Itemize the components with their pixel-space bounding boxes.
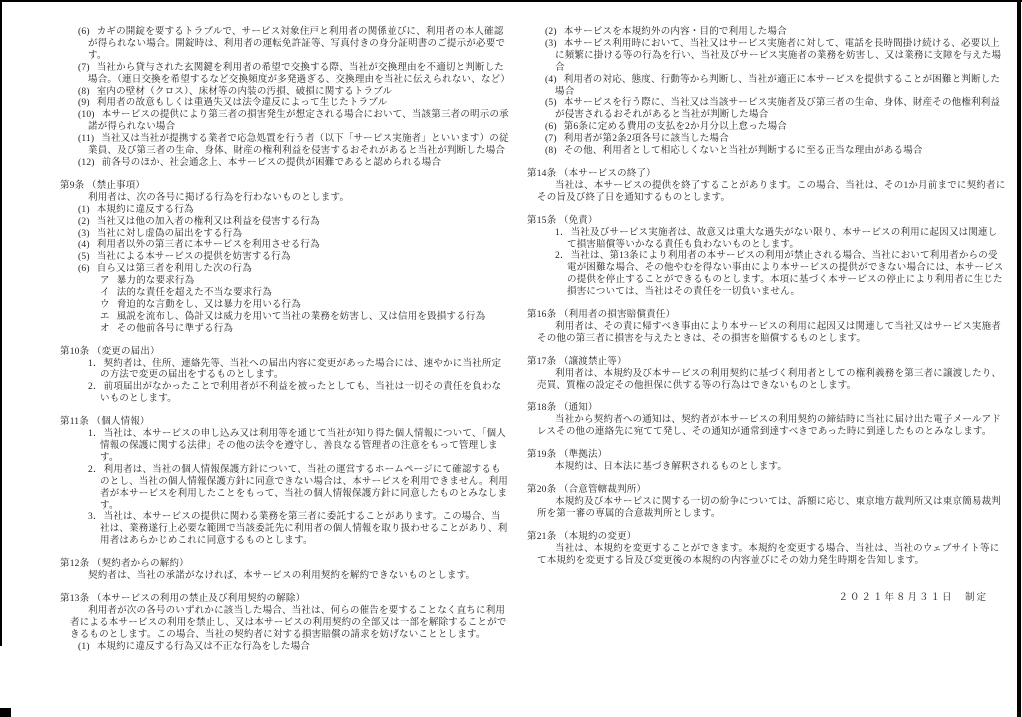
article-heading: 第12条 （契約者からの解約）: [60, 559, 510, 571]
item-marker: (11): [78, 134, 94, 144]
block-text: 利用者は、次の各号に掲げる行為を行わないものとします。: [88, 193, 349, 203]
block-text: 当社は、本サービスの申し込み又は利用等を通じて当社が知り得た個人情報について、「…: [100, 429, 506, 463]
enactment-date: ２０２１年８月３１日 制定: [527, 593, 1006, 605]
article-heading-text: 第12条 （契約者からの解約）: [60, 559, 189, 569]
item-marker: (3): [545, 39, 557, 49]
block-text: 第6条に定める費用の支払を2か月分以上怠った場合: [564, 122, 787, 132]
article-heading: 第9条 （禁止事項）: [60, 181, 510, 193]
block-text: 利用者以外の第三者に本サービスを利用させる行為: [97, 240, 320, 250]
article-heading: 第13条 （本サービスの利用の禁止及び利用契約の解除）: [60, 594, 510, 606]
article-heading-text: 第9条 （禁止事項）: [60, 181, 145, 191]
block-text: 脅迫的な言動をし、又は暴力を用いる行為: [117, 300, 301, 310]
block-text: 利用者は、その責に帰すべき事由により本サービスの利用に起因又は関連して当社又はサ…: [537, 322, 1001, 344]
item-marker: (4): [545, 75, 557, 85]
item-marker: 1．: [88, 429, 103, 439]
paragraph: 利用者は、本規約及び本サービスの利用契約に基づく利用者としての権利義務を第三者に…: [527, 369, 1006, 393]
list-item: (2)本サービスを本規約外の内容・目的で利用した場合: [527, 27, 1006, 39]
list-item: (8)室内の壁材（クロス）、床材等の内装の汚損、破損に関するトラブル: [60, 87, 510, 99]
item-marker: (7): [78, 63, 90, 73]
numbered-paragraph: 1．契約者は、住所、連絡先等、当社への届出内容に変更があった場合には、速やかに当…: [60, 359, 510, 383]
item-marker: イ: [100, 288, 110, 298]
paragraph: 利用者は、次の各号に掲げる行為を行わないものとします。: [60, 193, 510, 205]
block-text: 本規約に違反する行為: [97, 205, 194, 215]
page-top-border: [0, 0, 1022, 2]
block-text: ２０２１年８月３１日 制定: [838, 593, 988, 603]
column-left: (6)カギの開錠を要するトラブルで、サービス対象住戸と利用者の関係並びに、利用者…: [60, 27, 510, 654]
block-text: 利用者の対応、態度、行動等から判断し、当社が適正に本サービスを提供することが困難…: [555, 75, 1000, 97]
numbered-paragraph: 1．当社は、本サービスの申し込み又は利用等を通じて当社が知り得た個人情報について…: [60, 429, 510, 465]
item-marker: (6): [545, 122, 557, 132]
article-heading: 第20条 （合意管轄裁判所）: [527, 485, 1006, 497]
item-marker: (7): [545, 134, 557, 144]
article-heading-text: 第17条 （譲渡禁止等）: [527, 357, 627, 367]
article-heading: 第15条 （免責）: [527, 216, 1006, 228]
list-item: (9)利用者の故意もしくは重過失又は法令違反によって生じたトラブル: [60, 98, 510, 110]
block-text: 本規約は、日本法に基づき解釈されるものとします。: [555, 462, 787, 472]
list-item: (3)本サービス利用時において、当社又はサービス実施者に対して、電話を長時間掛け…: [527, 39, 1006, 75]
block-text: 当社及びサービス実施者は、故意又は重大な過失がない限り、本サービスの利用に起因又…: [567, 228, 997, 250]
list-item: (3)当社に対し虚偽の届出をする行為: [60, 229, 510, 241]
sub-list-item: エ風説を流布し、偽計又は威力を用いて当社の業務を妨害し、又は信用を毀損する行為: [60, 312, 510, 324]
item-marker: 2．: [88, 382, 103, 392]
item-marker: (6): [78, 27, 90, 37]
block-text: 当社又は他の加入者の権利又は利益を侵害する行為: [97, 217, 320, 227]
list-item: (7)利用者が第2条2項各号に該当した場合: [527, 134, 1006, 146]
block-text: カギの開錠を要するトラブルで、サービス対象住戸と利用者の関係並びに、利用者の本人…: [88, 27, 505, 61]
block-text: 当社から契約者への通知は、契約者が本サービスの利用契約の締結時に当社に届け出た電…: [537, 415, 1001, 437]
block-text: 本規約及び本サービスに関する一切の紛争については、訴額に応じ、東京地方裁判所又は…: [537, 497, 1001, 519]
item-marker: (2): [78, 217, 90, 227]
list-item: (4)利用者の対応、態度、行動等から判断し、当社が適正に本サービスを提供すること…: [527, 75, 1006, 99]
sub-list-item: オその他前各号に準ずる行為: [60, 324, 510, 336]
paragraph: 当社は、本規約を変更することができます。本規約を変更する場合、当社は、当社のウェ…: [527, 544, 1006, 568]
block-text: 利用者は、本規約及び本サービスの利用契約に基づく利用者としての権利義務を第三者に…: [537, 369, 1001, 391]
paragraph: 利用者は、その責に帰すべき事由により本サービスの利用に起因又は関連して当社又はサ…: [527, 322, 1006, 346]
item-marker: (1): [78, 205, 90, 215]
sub-list-item: イ法的な責任を超えた不当な要求行為: [60, 288, 510, 300]
article-heading: 第19条 （準拠法）: [527, 450, 1006, 462]
numbered-paragraph: 2．前項届出がなかったことで利用者が不利益を被ったとしても、当社は一切その責任を…: [60, 382, 510, 406]
item-marker: (2): [545, 27, 557, 37]
article-heading: 第21条 （本規約の変更）: [527, 532, 1006, 544]
list-item: (4)利用者以外の第三者に本サービスを利用させる行為: [60, 240, 510, 252]
page-right-border: [1017, 0, 1021, 717]
item-marker: (1): [78, 642, 90, 652]
article-heading-text: 第18条 （通知）: [527, 403, 598, 413]
block-text: 当社は、本サービスの提供に関わる業務を第三者に委託することがあります。この場合、…: [100, 512, 507, 546]
list-item: (12)前各号のほか、社会通念上、本サービスの提供が困難であると認められる場合: [60, 158, 510, 170]
list-item: (7)当社から貸与された玄関鍵を利用者の希望で交換する際、当社が交換理由を不適切…: [60, 63, 510, 87]
item-marker: (5): [78, 252, 90, 262]
list-item: (2)当社又は他の加入者の権利又は利益を侵害する行為: [60, 217, 510, 229]
list-item: (6)カギの開錠を要するトラブルで、サービス対象住戸と利用者の関係並びに、利用者…: [60, 27, 510, 63]
block-text: 本サービスの提供により第三者の損害発生が想定される場合において、当該第三者の明示…: [88, 110, 509, 132]
block-text: 当社による本サービスの提供を妨害する行為: [97, 252, 291, 262]
article-heading-text: 第15条 （免責）: [527, 216, 598, 226]
item-marker: 1．: [555, 228, 570, 238]
block-text: 本サービスを本規約外の内容・目的で利用した場合: [564, 27, 787, 37]
block-text: 利用者が第2条2項各号に該当した場合: [564, 134, 729, 144]
block-text: 本サービス利用時において、当社又はサービス実施者に対して、電話を長時間掛け続ける…: [555, 39, 1001, 73]
article-heading: 第16条 （利用者の損害賠償責任）: [527, 310, 1006, 322]
item-marker: エ: [100, 312, 110, 322]
list-item: (10)本サービスの提供により第三者の損害発生が想定される場合において、当該第三…: [60, 110, 510, 134]
item-marker: (3): [78, 229, 90, 239]
list-item: (1)本規約に違反する行為又は不正な行為をした場合: [60, 642, 510, 654]
page-left-border: [0, 0, 2, 646]
list-item: (5)本サービスを行う際に、当社又は当該サービス実施者及び第三者の生命、身体、財…: [527, 98, 1006, 122]
numbered-paragraph: 2．利用者は、当社の個人情報保護方針について、当社の運営するホームページにて確認…: [60, 465, 510, 513]
item-marker: (8): [545, 146, 557, 156]
item-marker: (4): [78, 240, 90, 250]
block-text: 自ら又は第三者を利用した次の行為: [97, 264, 252, 274]
item-marker: (12): [78, 158, 95, 168]
block-text: 法的な責任を超えた不当な要求行為: [117, 288, 272, 298]
item-marker: (6): [78, 264, 90, 274]
article-heading: 第11条 （個人情報）: [60, 417, 510, 429]
list-item: (6)自ら又は第三者を利用した次の行為: [60, 264, 510, 276]
item-marker: 2．: [555, 251, 570, 261]
list-item: (5)当社による本サービスの提供を妨害する行為: [60, 252, 510, 264]
bottom-left-corner-mark: [0, 708, 11, 717]
scanned-terms-page: (6)カギの開錠を要するトラブルで、サービス対象住戸と利用者の関係並びに、利用者…: [0, 0, 1022, 717]
block-text: 契約者は、当社の承諾がなければ、本サービスの利用契約を解約できないものとします。: [88, 571, 475, 581]
block-text: 当社に対し虚偽の届出をする行為: [97, 229, 243, 239]
paragraph: 契約者は、当社の承諾がなければ、本サービスの利用契約を解約できないものとします。: [60, 571, 510, 583]
block-text: 利用者の故意もしくは重過失又は法令違反によって生じたトラブル: [97, 98, 388, 108]
block-text: 室内の壁材（クロス）、床材等の内装の汚損、破損に関するトラブル: [97, 87, 393, 97]
sub-list-item: ウ脅迫的な言動をし、又は暴力を用いる行為: [60, 300, 510, 312]
block-text: 本規約に違反する行為又は不正な行為をした場合: [97, 642, 310, 652]
article-heading: 第17条 （譲渡禁止等）: [527, 357, 1006, 369]
numbered-paragraph: 3．当社は、本サービスの提供に関わる業務を第三者に委託することがあります。この場…: [60, 512, 510, 548]
block-text: 当社から貸与された玄関鍵を利用者の希望で交換する際、当社が交換理由を不適切と判断…: [88, 63, 510, 85]
article-heading-text: 第13条 （本サービスの利用の禁止及び利用契約の解除）: [60, 594, 305, 604]
item-marker: (5): [545, 98, 557, 108]
block-text: 当社は、本サービスの提供を終了することがあります。この場合、当社は、その1か月前…: [537, 181, 1005, 203]
article-heading-text: 第16条 （利用者の損害賠償責任）: [527, 310, 675, 320]
paragraph: 当社は、本サービスの提供を終了することがあります。この場合、当社は、その1か月前…: [527, 181, 1006, 205]
block-text: その他、利用者として相応しくないと当社が判断するに至る正当な理由がある場合: [564, 146, 923, 156]
item-marker: 2．: [88, 465, 103, 475]
block-text: 契約者は、住所、連絡先等、当社への届出内容に変更があった場合には、速やかに当社所…: [100, 359, 501, 381]
block-text: 当社又は当社が提携する業者で応急処置を行う者（以下「サービス実施者」といいます）…: [88, 134, 509, 156]
item-marker: ウ: [100, 300, 110, 310]
numbered-paragraph: 1．当社及びサービス実施者は、故意又は重大な過失がない限り、本サービスの利用に起…: [527, 228, 1006, 252]
paragraph: 本規約及び本サービスに関する一切の紛争については、訴額に応じ、東京地方裁判所又は…: [527, 497, 1006, 521]
item-marker: 1．: [88, 359, 103, 369]
block-text: 当社は、第13条により利用者の本サービスの利用が禁止される場合、当社において利用…: [567, 251, 1004, 297]
paragraph: 当社から契約者への通知は、契約者が本サービスの利用契約の締結時に当社に届け出た電…: [527, 415, 1006, 439]
article-heading: 第10条 （変更の届出）: [60, 347, 510, 359]
block-text: 風説を流布し、偽計又は威力を用いて当社の業務を妨害し、又は信用を毀損する行為: [117, 312, 486, 322]
list-item: (8)その他、利用者として相応しくないと当社が判断するに至る正当な理由がある場合: [527, 146, 1006, 158]
block-text: 本サービスを行う際に、当社又は当該サービス実施者及び第三者の生命、身体、財産その…: [555, 98, 1000, 120]
article-heading: 第18条 （通知）: [527, 403, 1006, 415]
block-text: 当社は、本規約を変更することができます。本規約を変更する場合、当社は、当社のウェ…: [537, 544, 999, 566]
block-text: 利用者が次の各号のいずれかに該当した場合、当社は、何らの催告を要することなく直ち…: [70, 606, 507, 640]
paragraph: 利用者が次の各号のいずれかに該当した場合、当社は、何らの催告を要することなく直ち…: [60, 606, 510, 642]
item-marker: オ: [100, 324, 110, 334]
item-marker: 3．: [88, 512, 103, 522]
item-marker: (10): [78, 110, 95, 120]
column-right: (2)本サービスを本規約外の内容・目的で利用した場合(3)本サービス利用時におい…: [527, 27, 1006, 605]
block-text: その他前各号に準ずる行為: [117, 324, 233, 334]
block-text: 前項届出がなかったことで利用者が不利益を被ったとしても、当社は一切その責任を負わ…: [100, 382, 501, 404]
item-marker: (8): [78, 87, 90, 97]
list-item: (6)第6条に定める費用の支払を2か月分以上怠った場合: [527, 122, 1006, 134]
paragraph: 本規約は、日本法に基づき解釈されるものとします。: [527, 462, 1006, 474]
article-heading-text: 第19条 （準拠法）: [527, 450, 607, 460]
block-text: 前各号のほか、社会通念上、本サービスの提供が困難であると認められる場合: [102, 158, 442, 168]
item-marker: ア: [100, 276, 110, 286]
list-item: (1)本規約に違反する行為: [60, 205, 510, 217]
article-heading-text: 第20条 （合意管轄裁判所）: [527, 485, 646, 495]
article-heading-text: 第10条 （変更の届出）: [60, 347, 160, 357]
item-marker: (9): [78, 98, 90, 108]
block-text: 暴力的な要求行為: [117, 276, 195, 286]
list-item: (11)当社又は当社が提携する業者で応急処置を行う者（以下「サービス実施者」とい…: [60, 134, 510, 158]
article-heading: 第14条 （本サービスの終了）: [527, 169, 1006, 181]
article-heading-text: 第14条 （本サービスの終了）: [527, 169, 656, 179]
article-heading-text: 第11条 （個人情報）: [60, 417, 150, 427]
numbered-paragraph: 2．当社は、第13条により利用者の本サービスの利用が禁止される場合、当社において…: [527, 251, 1006, 299]
article-heading-text: 第21条 （本規約の変更）: [527, 532, 636, 542]
block-text: 利用者は、当社の個人情報保護方針について、当社の運営するホームページにて確認する…: [100, 465, 508, 511]
sub-list-item: ア暴力的な要求行為: [60, 276, 510, 288]
